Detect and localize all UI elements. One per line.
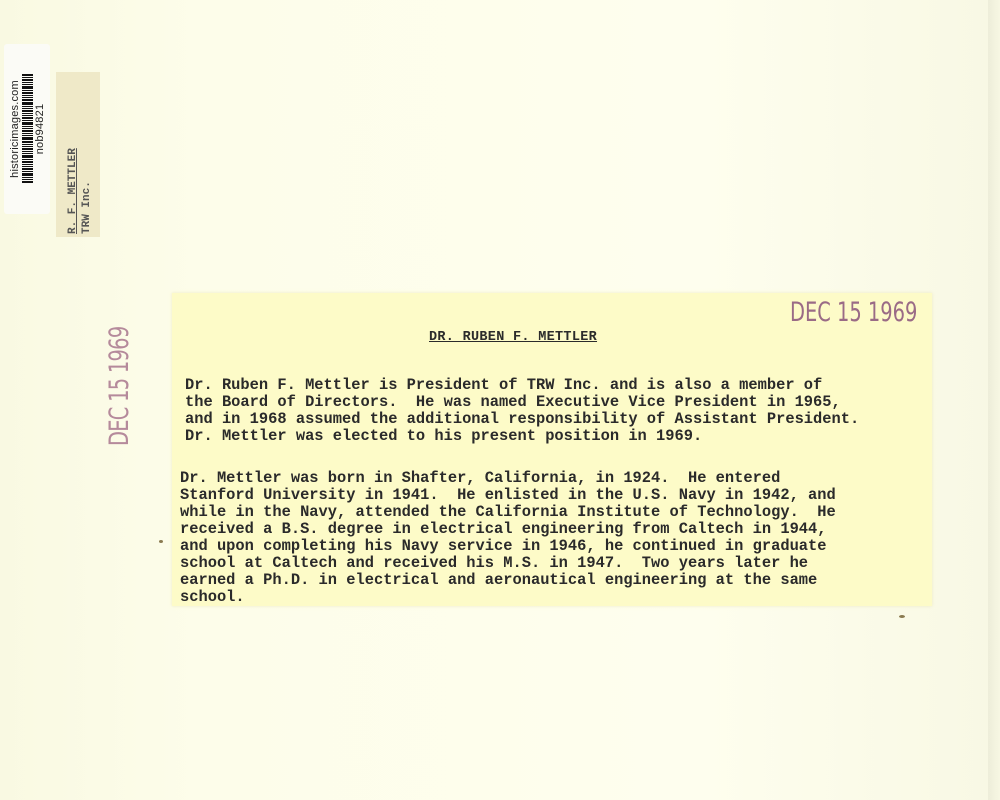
- back-tag-name: R. F. METTLER: [66, 69, 80, 234]
- dust-speck: [899, 615, 905, 618]
- side-date-stamp-text: DEC 15 1969: [104, 327, 135, 446]
- barcode-site-text: historicimages.com: [9, 80, 21, 178]
- back-tag: R. F. METTLER TRW Inc.: [56, 72, 100, 237]
- clipping-date-stamp: DEC 15 1969: [790, 297, 917, 328]
- paragraph-bio-position: Dr. Ruben F. Mettler is President of TRW…: [185, 377, 859, 445]
- photo-edge: [988, 0, 1000, 800]
- dust-speck: [159, 540, 163, 543]
- barcode-label: historicimages.com nob94821: [4, 44, 50, 214]
- press-clipping: DEC 15 1969 DR. RUBEN F. METTLER Dr. Rub…: [172, 293, 932, 606]
- barcode-icon: [22, 75, 33, 184]
- paragraph-bio-education: Dr. Mettler was born in Shafter, Califor…: [180, 470, 836, 606]
- back-tag-company: TRW Inc.: [80, 69, 94, 234]
- clipping-title: DR. RUBEN F. METTLER: [429, 330, 597, 345]
- side-date-stamp: DEC 15 1969: [100, 300, 150, 450]
- barcode-id-text: nob94821: [34, 104, 46, 155]
